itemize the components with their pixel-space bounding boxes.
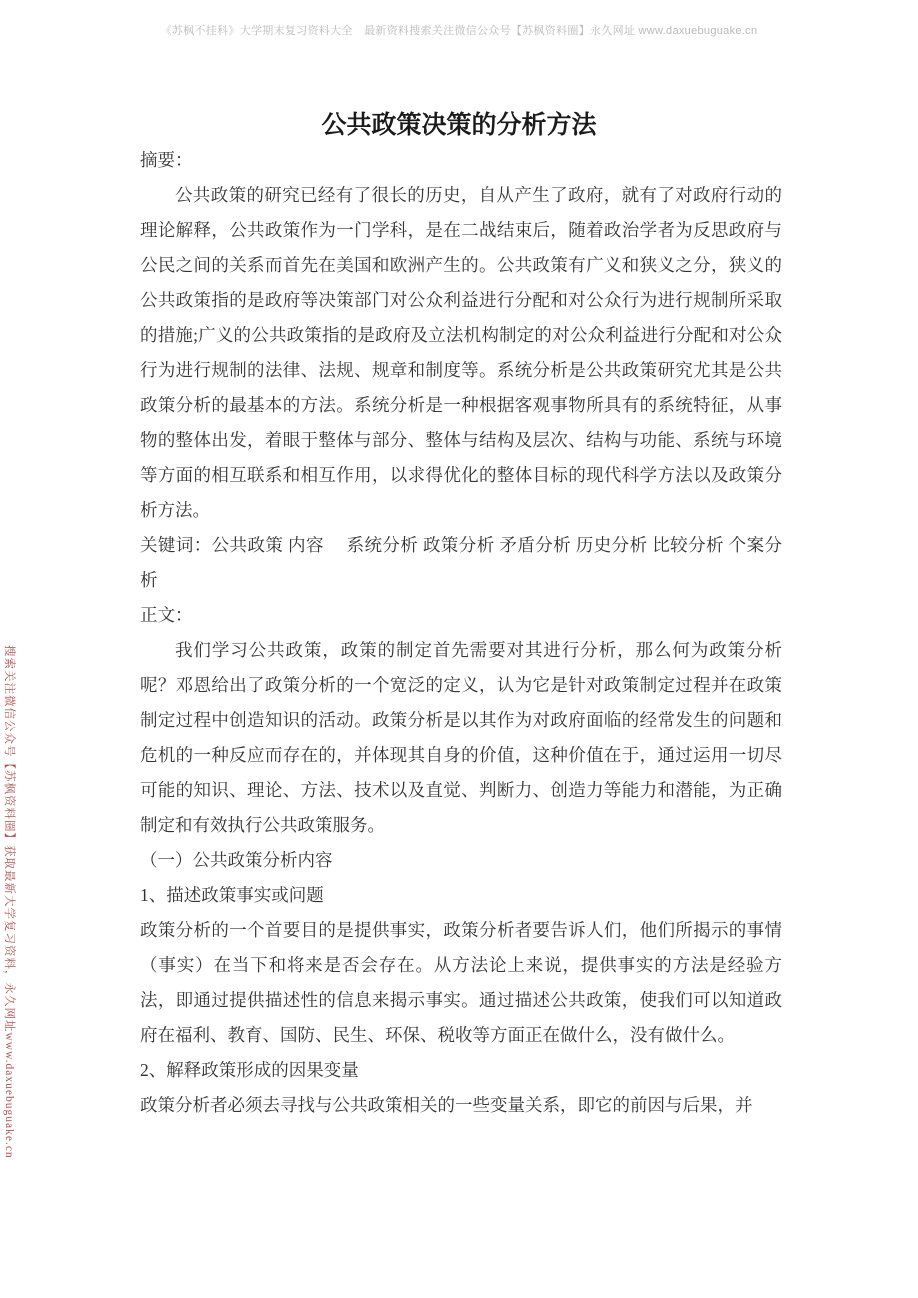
- paragraph: 2、解释政策形成的因果变量: [140, 1053, 782, 1088]
- page: { "page": { "header_text": "《苏枫不挂科》大学期末复…: [0, 0, 918, 1298]
- side-watermark-text: 搜索关注微信公众号【苏枫资料圈】获取最新大学复习资料，永久网址www.daxue…: [2, 645, 18, 1159]
- paragraph: 政策分析者必须去寻找与公共政策相关的一些变量关系，即它的前因与后果，并: [140, 1088, 782, 1123]
- paragraph: 政策分析的一个首要目的是提供事实，政策分析者要告诉人们，他们所揭示的事情（事实）…: [140, 913, 782, 1053]
- page-title: 公共政策决策的分析方法: [0, 110, 918, 142]
- paragraph: 关键词：公共政策 内容 系统分析 政策分析 矛盾分析 历史分析 比较分析 个案分…: [140, 528, 782, 598]
- paragraph: 公共政策的研究已经有了很长的历史，自从产生了政府，就有了对政府行动的理论解释，公…: [140, 178, 782, 528]
- paragraph: （一）公共政策分析内容: [140, 843, 782, 878]
- paragraph: 1、描述政策事实或问题: [140, 878, 782, 913]
- paragraph: 我们学习公共政策，政策的制定首先需要对其进行分析，那么何为政策分析呢？邓恩给出了…: [140, 633, 782, 843]
- header-watermark-text: 《苏枫不挂科》大学期末复习资料大全 最新资料搜索关注微信公众号【苏枫资料圈】永久…: [0, 22, 918, 38]
- paragraph: 摘要：: [140, 143, 782, 178]
- document-body: 摘要：公共政策的研究已经有了很长的历史，自从产生了政府，就有了对政府行动的理论解…: [140, 143, 782, 1123]
- paragraph: 正文：: [140, 598, 782, 633]
